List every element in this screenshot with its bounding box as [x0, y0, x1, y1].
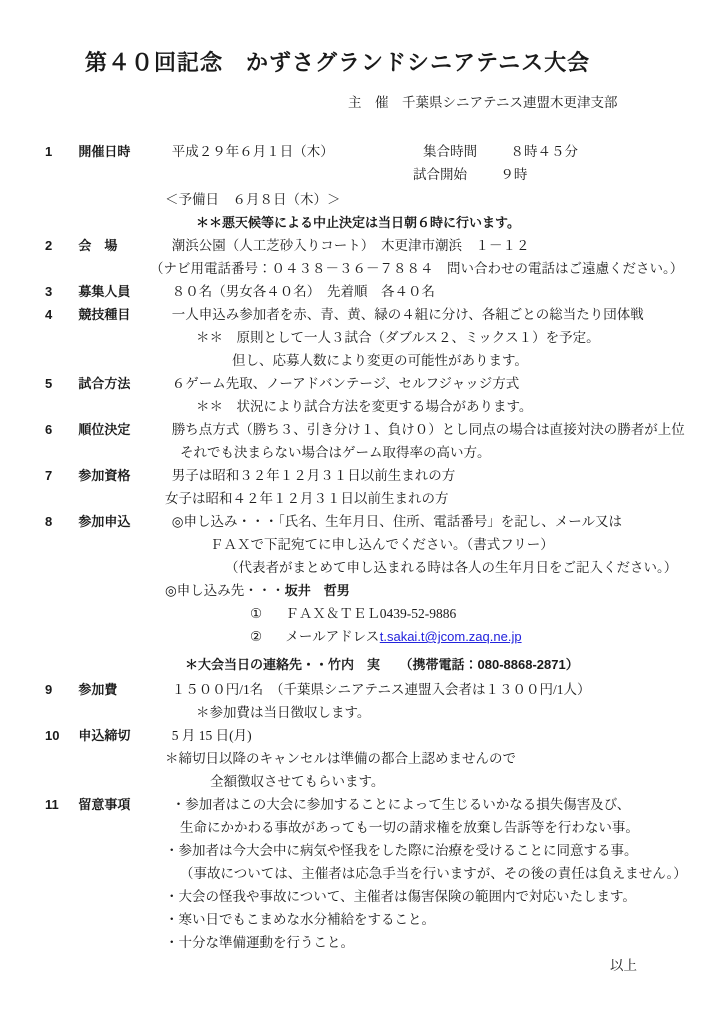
- match-rule-note: ＊＊ 状況により試合方法を変更する場合があります。: [196, 395, 724, 418]
- item8-row: 8 参加申込 ◎申し込み・・・「氏名、生年月日、住所、電話番号」を記し、メール又…: [0, 510, 724, 533]
- notice-line6: ・寒い日でもこまめな水分補給をすること。: [165, 908, 724, 931]
- notice-line2: 生命にかかわる事故があっても一切の請求権を放棄し告訴等を行わない事。: [180, 816, 724, 839]
- apply-method-line1: ◎申し込み・・・「氏名、生年月日、住所、電話番号」を記し、メール又は: [172, 514, 622, 529]
- ranking-rule-text: 勝ち点方式（勝ち３、引き分け１、負け０）とし同点の場合は直接対決の勝者が上位: [172, 422, 685, 437]
- apply-destination-name: 坂井 哲男: [285, 583, 350, 598]
- apply-destination-line: ◎申し込み先・・・坂井 哲男: [165, 579, 724, 602]
- item4-row: 4 競技種目 一人申込み参加者を赤、青、黄、緑の４組に分け、各組ごとの総当たり団…: [0, 303, 724, 326]
- notice-line1: ・参加者はこの大会に参加することによって生じるいかなる損失傷害及び、: [172, 797, 630, 812]
- item6-number: 6: [45, 418, 75, 441]
- ranking-rule-note: それでも決まらない場合はゲーム取得率の高い方。: [180, 441, 724, 464]
- start-time-label: 試合開始: [413, 163, 497, 186]
- item2-label: 会 場: [78, 234, 168, 257]
- item3-label: 募集人員: [78, 280, 168, 303]
- meet-time-label: 集合時間: [423, 140, 507, 163]
- event-format-note1: ＊＊ 原則として一人３試合（ダブルス２、ミックス１）を予定。: [196, 326, 724, 349]
- item6-label: 順位決定: [78, 418, 168, 441]
- email-link[interactable]: t.sakai.t@jcom.zaq.ne.jp: [380, 629, 522, 644]
- item9-label: 参加費: [78, 678, 168, 701]
- item11-number: 11: [45, 793, 75, 816]
- item2-row: 2 会 場 潮浜公園（人工芝砂入りコート） 木更津市潮浜 １－１２: [0, 234, 724, 257]
- document-page: 第４０回記念 かずさグランドシニアテニス大会 主 催 千葉県シニアテニス連盟木更…: [0, 0, 724, 1024]
- item9-number: 9: [45, 678, 75, 701]
- page-title: 第４０回記念 かずさグランドシニアテニス大会: [85, 48, 724, 78]
- item5-label: 試合方法: [78, 372, 168, 395]
- apply-method-line2: ＦＡＸで下記宛てに申し込んでください。（書式フリー）: [210, 533, 724, 556]
- item6-row: 6 順位決定 勝ち点方式（勝ち３、引き分け１、負け０）とし同点の場合は直接対決の…: [0, 418, 724, 441]
- item1-row: 1 開催日時 平成２９年６月１日（木） 集合時間 ８時４５分: [0, 140, 724, 163]
- eligibility-women: 女子は昭和４２年１２月３１日以前生まれの方: [165, 487, 724, 510]
- item7-number: 7: [45, 464, 75, 487]
- mail-label: メールアドレス: [285, 625, 376, 648]
- item10-row: 10 申込締切 5 月 15 日(月): [0, 724, 724, 747]
- item5-row: 5 試合方法 ６ゲーム先取、ノーアドバンテージ、セルフジャッジ方式: [0, 372, 724, 395]
- event-format-text: 一人申込み参加者を赤、青、黄、緑の４組に分け、各組ごとの総当たり団体戦: [172, 307, 644, 322]
- item11-label: 留意事項: [78, 793, 168, 816]
- eligibility-men: 男子は昭和３２年１２月３１日以前生まれの方: [172, 468, 456, 483]
- circled-one-icon: ①: [250, 602, 282, 625]
- item5-number: 5: [45, 372, 75, 395]
- item7-label: 参加資格: [78, 464, 168, 487]
- fax-label: ＦＡＸ＆ＴＥＬ: [285, 602, 376, 625]
- item3-number: 3: [45, 280, 75, 303]
- item11-row: 11 留意事項 ・参加者はこの大会に参加することによって生じるいかなる損失傷害及…: [0, 793, 724, 816]
- notice-line7: ・十分な準備運動を行うこと。: [165, 931, 724, 954]
- item10-number: 10: [45, 724, 75, 747]
- fax-line: ① ＦＡＸ＆ＴＥＬ 0439-52-9886: [250, 602, 724, 625]
- item2-number: 2: [45, 234, 75, 257]
- notice-line5: ・大会の怪我や事故について、主催者は傷害保険の範囲内で対応いたします。: [165, 885, 724, 908]
- item3-row: 3 募集人員 ８０名（男女各４０名） 先着順 各４０名: [0, 280, 724, 303]
- start-time-value: ９時: [500, 167, 527, 182]
- start-time-line: 試合開始 ９時: [413, 163, 724, 186]
- item1-label: 開催日時: [78, 140, 168, 163]
- fax-number: 0439-52-9886: [380, 606, 457, 621]
- event-date: 平成２９年６月１日（木）: [172, 140, 420, 163]
- organizer-line: 主 催 千葉県シニアテニス連盟木更津支部: [348, 91, 724, 114]
- reserve-date-line: ＜予備日 ６月８日（木）＞: [165, 188, 724, 211]
- fee-note: ＊参加費は当日徴収します。: [196, 701, 724, 724]
- item1-number: 1: [45, 140, 75, 163]
- closing-text: 以上: [610, 954, 724, 977]
- item4-number: 4: [45, 303, 75, 326]
- fee-text: １５００円/1名 （千葉県シニアテニス連盟入会者は１３００円/1人）: [172, 682, 591, 697]
- circled-two-icon: ②: [250, 625, 282, 648]
- item10-label: 申込締切: [78, 724, 168, 747]
- item9-row: 9 参加費 １５００円/1名 （千葉県シニアテニス連盟入会者は１３００円/1人）: [0, 678, 724, 701]
- deadline-date: 5 月 15 日(月): [172, 728, 252, 743]
- item8-label: 参加申込: [78, 510, 168, 533]
- weather-cancel-note: ＊＊悪天候等による中止決定は当日朝６時に行います。: [196, 211, 724, 234]
- item8-number: 8: [45, 510, 75, 533]
- document-body: 1 開催日時 平成２９年６月１日（木） 集合時間 ８時４５分 試合開始 ９時 ＜…: [0, 140, 724, 977]
- item7-row: 7 参加資格 男子は昭和３２年１２月３１日以前生まれの方: [0, 464, 724, 487]
- venue-phone-note: （ナビ用電話番号：０４３８－３６－７８８４ 問い合わせの電話はご遠慮ください。）: [150, 257, 724, 280]
- notice-line3: ・参加者は今大会中に病気や怪我をした際に治療を受けることに同意する事。: [165, 839, 724, 862]
- dayof-contact-note: ＊大会当日の連絡先・・竹内 実 （携帯電話：080-8868-2871）: [185, 653, 724, 676]
- venue-text: 潮浜公園（人工芝砂入りコート） 木更津市潮浜 １－１２: [172, 238, 530, 253]
- match-rule-text: ６ゲーム先取、ノーアドバンテージ、セルフジャッジ方式: [172, 376, 520, 391]
- apply-method-line3: （代表者がまとめて申し込まれる時は各人の生年月日をご記入ください。）: [225, 556, 724, 579]
- item4-label: 競技種目: [78, 303, 168, 326]
- notice-line4: （事故については、主催者は応急手当を行いますが、その後の責任は負えません。）: [180, 862, 724, 885]
- deadline-note1: ＊締切日以降のキャンセルは準備の都合上認めませんので: [165, 747, 724, 770]
- deadline-note2: 全額徴収させてもらいます。: [210, 770, 724, 793]
- meet-time-value: ８時４５分: [511, 144, 579, 159]
- mail-line: ② メールアドレス t.sakai.t@jcom.zaq.ne.jp: [250, 625, 724, 648]
- event-format-note2: 但し、応募人数により変更の可能性があります。: [232, 349, 724, 372]
- capacity-text: ８０名（男女各４０名） 先着順 各４０名: [172, 284, 435, 299]
- apply-destination-prefix: ◎申し込み先・・・: [165, 583, 285, 598]
